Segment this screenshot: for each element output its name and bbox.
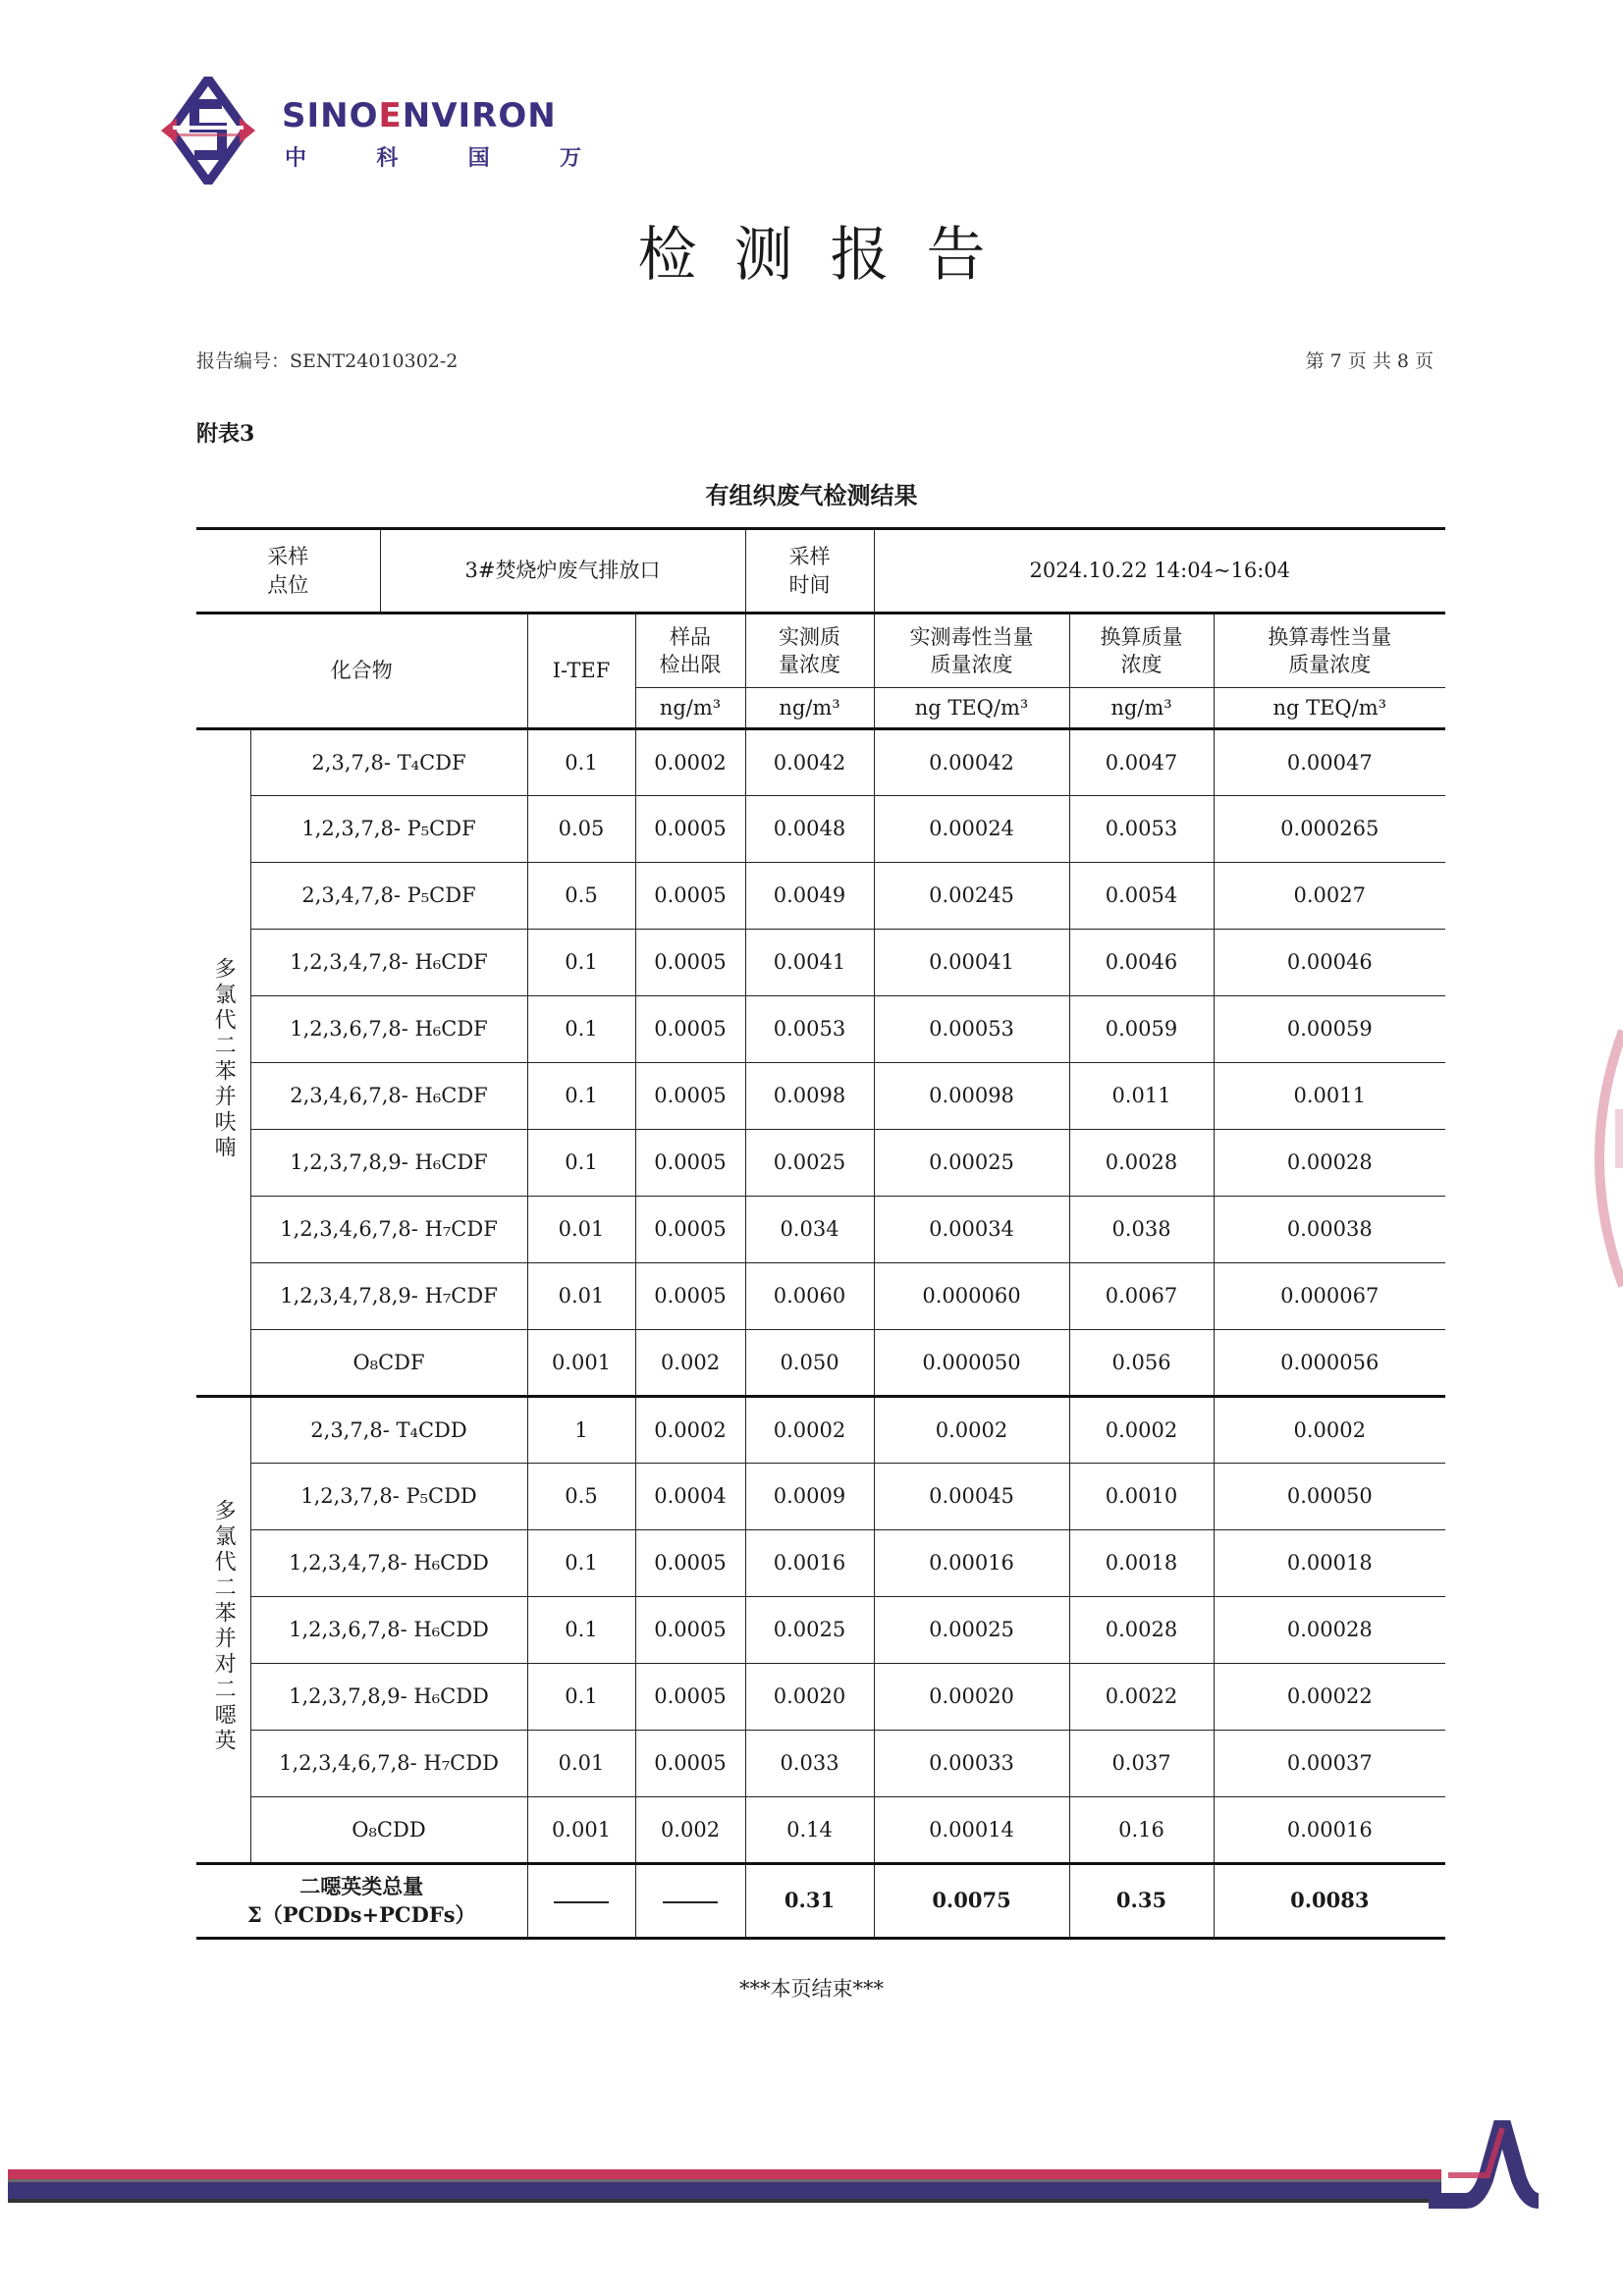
compound-name: 2,3,4,6,7,8- H₆CDF [250,1063,527,1130]
cell-mdl: 0.002 [635,1330,745,1397]
cell-converted-teq: 0.0027 [1214,863,1445,930]
cell-measured-conc: 0.0041 [745,930,874,996]
cell-converted-teq: 0.00050 [1214,1464,1445,1530]
cell-converted-teq: 0.00038 [1214,1197,1445,1263]
cell-mdl: 0.0005 [635,863,745,930]
compound-name: 1,2,3,7,8- P₅CDD [250,1464,527,1530]
col-header-converted-teq: 换算毒性当量质量浓度 [1214,614,1445,688]
cell-measured-teq: 0.00098 [874,1063,1069,1130]
cell-measured-teq: 0.00033 [874,1731,1069,1797]
cell-itef: 0.1 [527,930,635,996]
compound-name: 2,3,7,8- T₄CDD [250,1397,527,1464]
table-row: 多氯代二苯并对二噁英2,3,7,8- T₄CDD10.00020.00020.0… [196,1397,1445,1464]
cell-itef: 0.1 [527,729,635,796]
cell-converted-teq: 0.00046 [1214,930,1445,996]
cell-itef: 0.05 [527,796,635,863]
table-row: 多氯代二苯并呋喃2,3,7,8- T₄CDF0.10.00020.00420.0… [196,729,1445,796]
cell-converted-teq: 0.0011 [1214,1063,1445,1130]
cell-converted-conc: 0.038 [1069,1197,1214,1263]
report-number: 报告编号：SENT24010302-2 [196,347,458,373]
cell-measured-conc: 0.14 [745,1797,874,1864]
table-row: 1,2,3,7,8,9- H₆CDF0.10.00050.00250.00025… [196,1130,1445,1197]
table-row: 1,2,3,4,6,7,8- H₇CDF0.010.00050.0340.000… [196,1197,1445,1263]
total-measured-teq: 0.0075 [874,1864,1069,1939]
cell-measured-teq: 0.00041 [874,930,1069,996]
cell-measured-conc: 0.0016 [745,1530,874,1597]
cell-measured-conc: 0.0025 [745,1597,874,1664]
compound-name: 1,2,3,7,8- P₅CDF [250,796,527,863]
cell-measured-conc: 0.0020 [745,1664,874,1731]
table-row: 1,2,3,6,7,8- H₆CDD0.10.00050.00250.00025… [196,1597,1445,1664]
cell-measured-teq: 0.000050 [874,1330,1069,1397]
cell-converted-conc: 0.0054 [1069,863,1214,930]
cell-mdl: 0.0005 [635,1664,745,1731]
cell-converted-conc: 0.056 [1069,1330,1214,1397]
cell-mdl: 0.0004 [635,1464,745,1530]
cell-measured-conc: 0.0002 [745,1397,874,1464]
cell-itef: 0.5 [527,863,635,930]
compound-name: O₈CDD [250,1797,527,1864]
compound-name: O₈CDF [250,1330,527,1397]
sampling-time-label: 采样时间 [745,529,874,614]
cell-converted-conc: 0.0028 [1069,1130,1214,1197]
total-label: 二噁英类总量Σ（PCDDs+PCDFs） [196,1864,527,1939]
cell-converted-conc: 0.0022 [1069,1664,1214,1731]
col-header-compound: 化合物 [196,614,527,729]
table-title: 有组织废气检测结果 [0,476,1623,510]
document-title: 检测报告 [0,208,1623,293]
cell-itef: 0.1 [527,1597,635,1664]
cell-measured-conc: 0.0042 [745,729,874,796]
cell-measured-teq: 0.00024 [874,796,1069,863]
cell-measured-conc: 0.0098 [745,1063,874,1130]
cell-converted-teq: 0.000265 [1214,796,1445,863]
cell-mdl: 0.0002 [635,729,745,796]
compound-name: 1,2,3,4,7,8- H₆CDF [250,930,527,996]
cell-itef: 0.01 [527,1731,635,1797]
cell-measured-conc: 0.0053 [745,996,874,1063]
cell-measured-teq: 0.000060 [874,1263,1069,1330]
table-row: 1,2,3,4,6,7,8- H₇CDD0.010.00050.0330.000… [196,1731,1445,1797]
col-header-converted-conc: 换算质量浓度 [1069,614,1214,688]
cell-converted-conc: 0.0028 [1069,1597,1214,1664]
cell-mdl: 0.0005 [635,1263,745,1330]
cell-itef: 0.1 [527,1063,635,1130]
table-row: 1,2,3,4,7,8,9- H₇CDF0.010.00050.00600.00… [196,1263,1445,1330]
col-header-measured-conc: 实测质量浓度 [745,614,874,688]
cell-mdl: 0.0005 [635,1197,745,1263]
compound-name: 2,3,7,8- T₄CDF [250,729,527,796]
cell-converted-conc: 0.0047 [1069,729,1214,796]
cell-converted-teq: 0.000067 [1214,1263,1445,1330]
cell-measured-teq: 0.0002 [874,1397,1069,1464]
table-row: 1,2,3,7,8- P₅CDD0.50.00040.00090.000450.… [196,1464,1445,1530]
table-row: O₈CDF0.0010.0020.0500.0000500.0560.00005… [196,1330,1445,1397]
cell-measured-conc: 0.0025 [745,1130,874,1197]
table-row: 2,3,4,6,7,8- H₆CDF0.10.00050.00980.00098… [196,1063,1445,1130]
cell-itef: 0.01 [527,1197,635,1263]
cell-measured-teq: 0.00045 [874,1464,1069,1530]
compound-name: 1,2,3,7,8,9- H₆CDD [250,1664,527,1731]
cell-measured-teq: 0.00020 [874,1664,1069,1731]
cell-itef: 0.1 [527,1530,635,1597]
table-row: 2,3,4,7,8- P₅CDF0.50.00050.00490.002450.… [196,863,1445,930]
cell-mdl: 0.0005 [635,796,745,863]
cell-converted-teq: 0.0002 [1214,1397,1445,1464]
cell-measured-teq: 0.00245 [874,863,1069,930]
cell-mdl: 0.0005 [635,1597,745,1664]
cell-itef: 0.1 [527,996,635,1063]
table-row: 1,2,3,4,7,8- H₆CDF0.10.00050.00410.00041… [196,930,1445,996]
cell-converted-teq: 0.00047 [1214,729,1445,796]
appendix-label: 附表3 [196,417,254,448]
cell-converted-conc: 0.0002 [1069,1397,1214,1464]
cell-itef: 0.1 [527,1130,635,1197]
total-row: 二噁英类总量Σ（PCDDs+PCDFs）0.310.00750.350.0083 [196,1864,1445,1939]
compound-name: 1,2,3,6,7,8- H₆CDF [250,996,527,1063]
cell-converted-conc: 0.011 [1069,1063,1214,1130]
cell-measured-conc: 0.0009 [745,1464,874,1530]
compound-name: 1,2,3,4,6,7,8- H₇CDD [250,1731,527,1797]
cell-converted-teq: 0.00028 [1214,1130,1445,1197]
cell-measured-teq: 0.00014 [874,1797,1069,1864]
cell-mdl: 0.0002 [635,1397,745,1464]
column-header-row: 化合物 I-TEF 样品检出限 实测质量浓度 实测毒性当量质量浓度 换算质量浓度… [196,614,1445,688]
logo-diamond-icon [159,77,257,185]
table-row: 1,2,3,4,7,8- H₆CDD0.10.00050.00160.00016… [196,1530,1445,1597]
footer-stripe [8,2169,1441,2203]
compound-name: 1,2,3,4,7,8,9- H₇CDF [250,1263,527,1330]
table-row: O₈CDD0.0010.0020.140.000140.160.00016 [196,1797,1445,1864]
cell-measured-conc: 0.050 [745,1330,874,1397]
total-mdl [635,1864,745,1939]
cell-mdl: 0.0005 [635,1063,745,1130]
dash-icon [554,1901,609,1903]
cell-converted-conc: 0.0059 [1069,996,1214,1063]
cell-measured-teq: 0.00034 [874,1197,1069,1263]
cell-itef: 0.1 [527,1664,635,1731]
cell-mdl: 0.0005 [635,1130,745,1197]
total-measured-conc: 0.31 [745,1864,874,1939]
cell-measured-teq: 0.00025 [874,1130,1069,1197]
cell-itef: 0.01 [527,1263,635,1330]
cell-converted-conc: 0.0010 [1069,1464,1214,1530]
total-converted-teq: 0.0083 [1214,1864,1445,1939]
col-header-itef: I-TEF [527,614,635,729]
compound-name: 2,3,4,7,8- P₅CDF [250,863,527,930]
cell-converted-teq: 0.000056 [1214,1330,1445,1397]
cell-measured-conc: 0.0048 [745,796,874,863]
page-number: 第 7 页 共 8 页 [1306,347,1434,373]
company-logo: SINOENVIRON 中科国万 [159,77,591,185]
table-row: 1,2,3,7,8- P₅CDF0.050.00050.00480.000240… [196,796,1445,863]
cell-measured-teq: 0.00016 [874,1530,1069,1597]
cell-mdl: 0.0005 [635,930,745,996]
cell-converted-teq: 0.00018 [1214,1530,1445,1597]
dash-icon [663,1901,718,1903]
seal-stamp-icon [1566,1011,1623,1306]
cell-itef: 0.5 [527,1464,635,1530]
unit-converted-teq: ng TEQ/m³ [1214,688,1445,729]
group-label: 多氯代二苯并对二噁英 [196,1397,250,1864]
cell-mdl: 0.0005 [635,1530,745,1597]
cell-converted-teq: 0.00028 [1214,1597,1445,1664]
total-itef [527,1864,635,1939]
cell-converted-conc: 0.037 [1069,1731,1214,1797]
cell-itef: 0.001 [527,1797,635,1864]
cell-converted-teq: 0.00016 [1214,1797,1445,1864]
logo-english-name: SINOENVIRON [282,96,557,135]
compound-name: 1,2,3,6,7,8- H₆CDD [250,1597,527,1664]
cell-mdl: 0.0005 [635,1731,745,1797]
cell-measured-teq: 0.00042 [874,729,1069,796]
cell-measured-teq: 0.00025 [874,1597,1069,1664]
cell-converted-conc: 0.0067 [1069,1263,1214,1330]
cell-itef: 1 [527,1397,635,1464]
page-end-note: ***本页结束*** [0,1973,1623,2002]
footer-chevron-icon [1429,2120,1623,2209]
cell-converted-teq: 0.00037 [1214,1731,1445,1797]
unit-measured-teq: ng TEQ/m³ [874,688,1069,729]
unit-mdl: ng/m³ [635,688,745,729]
cell-converted-conc: 0.0018 [1069,1530,1214,1597]
unit-converted-conc: ng/m³ [1069,688,1214,729]
compound-name: 1,2,3,4,6,7,8- H₇CDF [250,1197,527,1263]
logo-chinese-name: 中科国万 [285,141,581,172]
cell-itef: 0.001 [527,1330,635,1397]
compound-name: 1,2,3,7,8,9- H₆CDF [250,1130,527,1197]
results-table: 采样点位 3#焚烧炉废气排放口 采样时间 2024.10.22 14:04~16… [196,527,1445,1940]
cell-measured-conc: 0.034 [745,1197,874,1263]
cell-measured-conc: 0.0049 [745,863,874,930]
table-row: 1,2,3,7,8,9- H₆CDD0.10.00050.00200.00020… [196,1664,1445,1731]
compound-name: 1,2,3,4,7,8- H₆CDD [250,1530,527,1597]
cell-converted-conc: 0.0046 [1069,930,1214,996]
sampling-location-label: 采样点位 [196,529,380,614]
cell-measured-teq: 0.00053 [874,996,1069,1063]
group-label: 多氯代二苯并呋喃 [196,729,250,1397]
sampling-location-value: 3#焚烧炉废气排放口 [380,529,745,614]
cell-converted-teq: 0.00022 [1214,1664,1445,1731]
table-row: 1,2,3,6,7,8- H₆CDF0.10.00050.00530.00053… [196,996,1445,1063]
cell-mdl: 0.0005 [635,996,745,1063]
total-converted-conc: 0.35 [1069,1864,1214,1939]
sampling-info-row: 采样点位 3#焚烧炉废气排放口 采样时间 2024.10.22 14:04~16… [196,529,1445,614]
cell-converted-teq: 0.00059 [1214,996,1445,1063]
cell-mdl: 0.002 [635,1797,745,1864]
col-header-mdl: 样品检出限 [635,614,745,688]
cell-measured-conc: 0.0060 [745,1263,874,1330]
cell-converted-conc: 0.16 [1069,1797,1214,1864]
sampling-time-value: 2024.10.22 14:04~16:04 [874,529,1445,614]
col-header-measured-teq: 实测毒性当量质量浓度 [874,614,1069,688]
cell-converted-conc: 0.0053 [1069,796,1214,863]
cell-measured-conc: 0.033 [745,1731,874,1797]
unit-measured-conc: ng/m³ [745,688,874,729]
